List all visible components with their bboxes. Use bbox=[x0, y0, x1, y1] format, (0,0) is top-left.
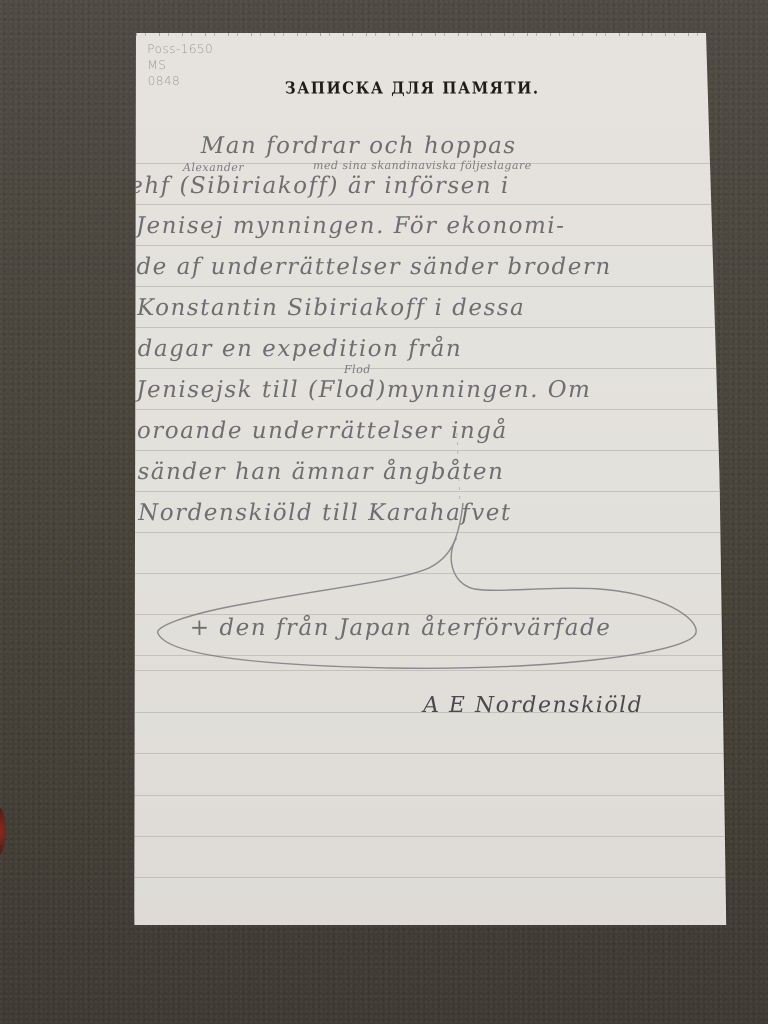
handwritten-line-10: Nordenskiöld till Karahafvet bbox=[138, 500, 512, 526]
ruled-line bbox=[127, 450, 719, 451]
circled-footnote: + den från Japan återförvärfade bbox=[190, 615, 612, 641]
archive-ms: MS bbox=[147, 57, 213, 73]
handwritten-line-9: sänder han ämnar ångbåten bbox=[137, 459, 504, 485]
ruled-line bbox=[132, 795, 724, 796]
signature: A E Nordenskiöld bbox=[423, 693, 644, 718]
ruled-line bbox=[130, 655, 722, 656]
printed-header: ЗАПИСКА ДЛЯ ПАМЯТИ. bbox=[285, 78, 540, 98]
ruled-line bbox=[130, 670, 722, 671]
ruled-line bbox=[124, 204, 716, 205]
handwritten-line-4: de af underrättelser sänder brodern bbox=[136, 254, 612, 280]
ruled-line bbox=[125, 327, 717, 328]
ruled-line bbox=[134, 877, 726, 878]
ruled-line bbox=[124, 245, 716, 246]
interlinear-note-companions: med sina skandinaviska följeslagare bbox=[313, 159, 532, 172]
archive-number: 0848 bbox=[148, 73, 214, 89]
letter-sheet: Poss-1650 MS 0848 ЗАПИСКА ДЛЯ ПАМЯТИ. Ma… bbox=[121, 33, 726, 925]
handwritten-line-6: dagar en expedition från bbox=[137, 336, 462, 362]
ruled-line bbox=[127, 409, 719, 410]
ruled-line bbox=[128, 491, 720, 492]
torn-top-edge bbox=[136, 33, 706, 36]
handwritten-line-5: Konstantin Sibiriakoff i dessa bbox=[137, 295, 526, 321]
handwritten-line-8: oroande underrättelser ingå bbox=[137, 418, 508, 444]
archive-id: Poss-1650 bbox=[147, 41, 213, 57]
handwritten-line-3: Jenisej mynningen. För ekonomi- bbox=[136, 213, 566, 239]
handwritten-line-2: ehf (Sibiriakoff) är införsen i bbox=[129, 173, 510, 199]
handwritten-line-1: Man fordrar och hoppas bbox=[200, 133, 516, 159]
ruled-line bbox=[132, 753, 724, 754]
ruled-line bbox=[125, 286, 717, 287]
handwritten-line-7: Jenisejsk till (Flod)mynningen. Om bbox=[136, 377, 591, 403]
ruled-line bbox=[128, 532, 720, 533]
red-object-edge bbox=[0, 805, 6, 857]
ruled-line bbox=[133, 836, 725, 837]
archive-reference-note: Poss-1650 MS 0848 bbox=[147, 41, 214, 89]
ruled-line bbox=[126, 368, 718, 369]
interlinear-note-flod: Flod bbox=[344, 363, 371, 376]
ruled-line bbox=[129, 573, 721, 574]
